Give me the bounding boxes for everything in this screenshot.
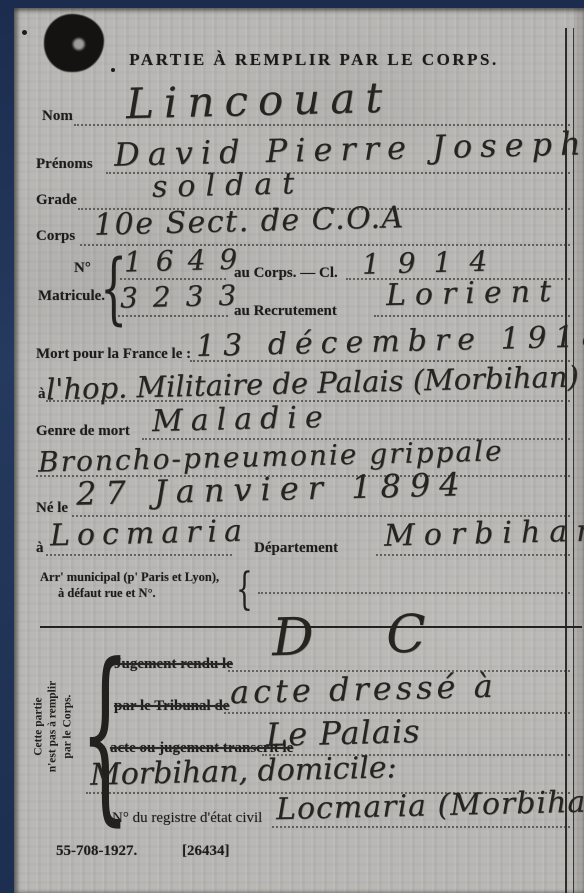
field-matricule-label-2: Matricule.	[38, 288, 105, 305]
field-corps-value: 10e Sect. de C.O.A	[94, 200, 405, 243]
dotted-line	[272, 826, 570, 828]
dotted-line	[258, 592, 570, 594]
registre-value: Locmaria (Morbihan)	[276, 784, 584, 827]
arr-municipal-label-1: Arr' municipal (p' Paris et Lyon),	[40, 570, 219, 585]
arr-municipal-label-2: à défaut rue et N°.	[58, 586, 156, 601]
footer-series: [26434]	[182, 843, 230, 860]
dotted-line	[376, 554, 570, 556]
field-naissance-label: à	[36, 540, 44, 557]
dotted-line	[46, 554, 232, 556]
side-note-line-2: n'est pas à remplir	[46, 639, 60, 815]
field-genre-mort-label: Genre de mort	[36, 423, 130, 440]
tribunal-label: par le Tribunal de	[114, 698, 229, 715]
field-mort-value: 13 décembre 1918	[196, 319, 584, 364]
field-grade-value: soldat	[152, 166, 305, 205]
footer-code: 55-708-1927.	[56, 843, 137, 860]
field-prenoms-value: David Pierre Joseph	[114, 124, 584, 174]
departement-value: Morbihan	[384, 513, 584, 553]
field-genre-mort-value: Maladie	[152, 400, 331, 439]
tribunal-value: acte dressé à	[230, 667, 498, 712]
matricule-recrutement-place: Lorient	[386, 274, 561, 313]
side-note: Cette partie n'est pas à remplir par le …	[31, 639, 74, 815]
side-note-line-1: Cette partie	[31, 639, 45, 815]
transcrit-value: Le Palais	[266, 712, 421, 754]
dotted-line	[374, 315, 570, 317]
matricule-corps-number: 1649	[124, 242, 252, 278]
ink-speck	[22, 30, 27, 35]
field-nom-value: Lincouat	[125, 73, 392, 128]
jugement-label: Jugement rendu le	[114, 656, 233, 673]
field-nele-value: 27 Janvier 1894	[76, 465, 469, 513]
registre-label: N° du registre d'état civil	[112, 810, 262, 827]
field-grade-label: Grade	[36, 192, 77, 209]
document-title: PARTIE À REMPLIR PAR LE CORPS.	[99, 50, 529, 70]
side-note-line-3: par le Corps.	[60, 639, 74, 815]
document-page: PARTIE À REMPLIR PAR LE CORPS. Nom Linco…	[14, 8, 584, 893]
jugement-value: D C	[271, 604, 454, 668]
ink-blot	[44, 14, 104, 72]
field-lieu-mort-label: à	[38, 386, 46, 403]
dotted-line	[118, 315, 228, 317]
field-mort-label: Mort pour la France le :	[36, 346, 191, 363]
scan-background: PARTIE À REMPLIR PAR LE CORPS. Nom Linco…	[0, 0, 584, 893]
field-matricule-label-1: N°	[74, 260, 91, 277]
field-prenoms-label: Prénoms	[36, 156, 93, 173]
side-note-brace: {	[80, 640, 130, 828]
field-nele-label: Né le	[36, 500, 68, 517]
field-naissance-value: Locmaria	[50, 514, 250, 554]
departement-label: Département	[254, 540, 338, 557]
field-corps-label: Corps	[36, 228, 75, 245]
ink-speck	[111, 68, 115, 72]
arr-municipal-brace: {	[236, 568, 253, 612]
domicile-value: Morbihan, domicile:	[90, 750, 397, 792]
field-nom-label: Nom	[42, 108, 73, 125]
matricule-recrutement-number: 3233	[120, 278, 252, 314]
